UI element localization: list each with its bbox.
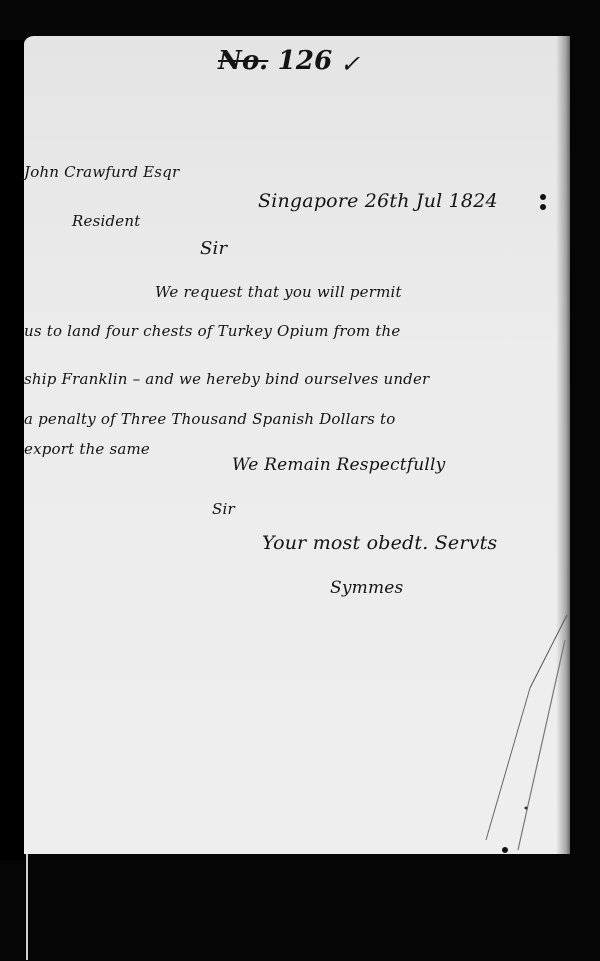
body-line-1: We request that you will permit bbox=[155, 283, 402, 301]
scan-edge-strip bbox=[26, 850, 28, 960]
ink-blot-marks bbox=[540, 194, 546, 212]
place-date: Singapore 26th Jul 1824 bbox=[258, 190, 498, 212]
check-mark-icon: ✓ bbox=[340, 50, 360, 78]
body-line-5: export the same bbox=[24, 440, 150, 458]
body-line-3: ship Franklin – and we hereby bind ourse… bbox=[24, 370, 429, 388]
scan-left-border bbox=[0, 40, 24, 860]
body-line-4: a penalty of Three Thousand Spanish Doll… bbox=[24, 410, 396, 428]
valediction: Your most obedt. Servts bbox=[262, 532, 497, 554]
addressee-name: John Crawfurd Esqr bbox=[24, 163, 179, 181]
signature: Symmes bbox=[330, 578, 403, 598]
addressee-title: Resident bbox=[72, 212, 140, 230]
salutation: Sir bbox=[200, 238, 227, 259]
body-line-2: us to land four chests of Turkey Opium f… bbox=[24, 322, 401, 340]
folio-number: No. 126 bbox=[218, 46, 332, 76]
page-edge-shadow bbox=[556, 36, 570, 854]
closing-sir: Sir bbox=[212, 500, 235, 518]
folio-prefix: No. bbox=[218, 46, 268, 76]
closing: We Remain Respectfully bbox=[232, 455, 445, 475]
folio-value: 126 bbox=[278, 46, 333, 76]
